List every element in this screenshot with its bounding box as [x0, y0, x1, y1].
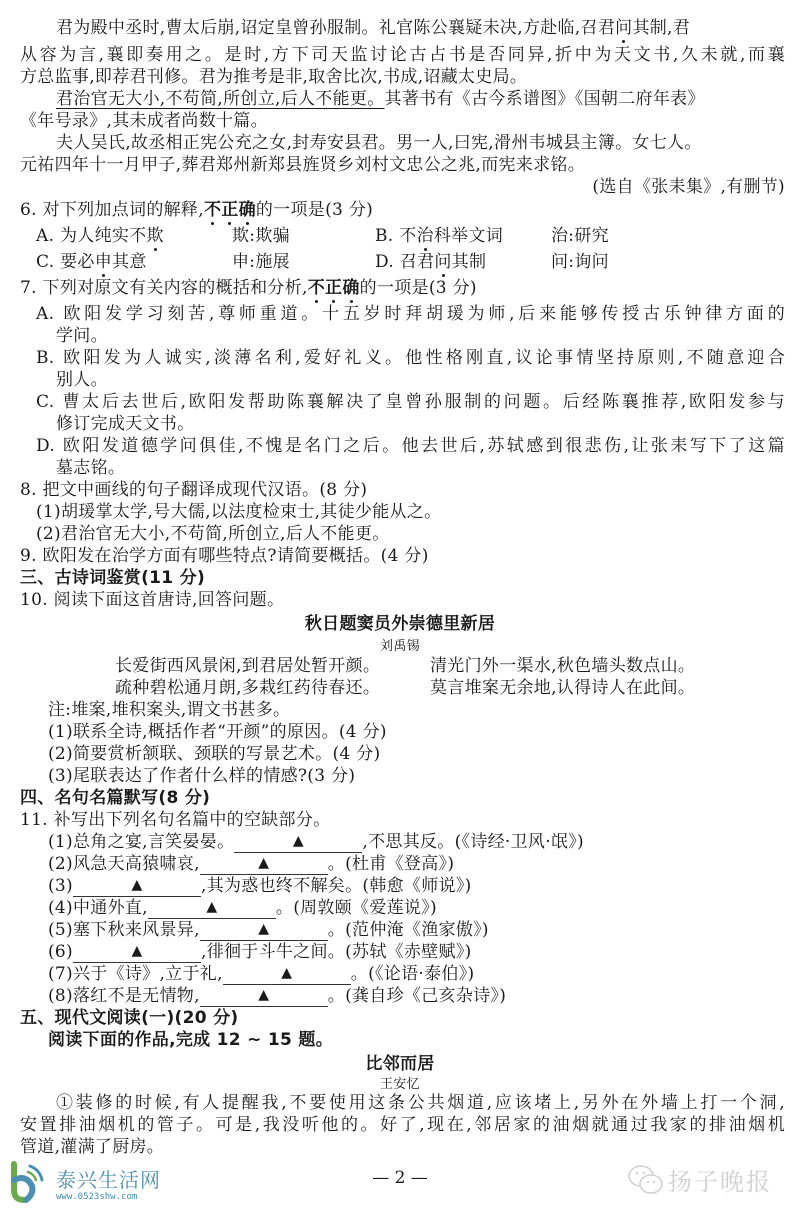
q10-item-1: (1)联系全诗,概括作者“开颜”的原因。(4 分): [48, 721, 800, 743]
q11-item-3: (3)▲,其为惑也终不解矣。(韩愈《师说》): [48, 875, 800, 897]
triangle-marker-icon: ▲: [131, 877, 142, 893]
emphasis-not-correct: 不正确: [204, 200, 256, 220]
emphasis-not-correct: 不正确: [308, 278, 360, 298]
q11-item-2: (2)风急天高猿啸哀,▲。(杜甫《登高》): [48, 853, 800, 875]
q9-stem: 9. 欧阳发在治学方面有哪些特点?请简要概括。(4 分): [20, 545, 785, 567]
q10-item-2: (2)简要赏析颔联、颈联的写景艺术。(4 分): [48, 743, 800, 765]
passage-line: 从容为言,襄即奏用之。是时,方下司天监讨论古占书是否同异,折中为天文书,久未就,…: [20, 44, 785, 66]
poem-line: 清光门外一渠水,秋色墙头数点山。: [430, 655, 800, 677]
triangle-marker-icon: ▲: [258, 921, 269, 937]
passage-line: 君治官无大小,不苟简,所创立,后人不能更。其著书有《古今系谱图》《国朝二府年表》: [56, 88, 785, 110]
passage-line: 元祐四年十一月甲子,葬君郑州新郑县旌贤乡刘村文忠公之兆,而宪来求铭。: [20, 154, 785, 176]
passage-line: 《年号录》,其未成者尚数十篇。: [20, 110, 785, 132]
section-4-heading: 四、名句名篇默写(8 分): [20, 787, 785, 809]
answer-blank[interactable]: ▲: [200, 920, 328, 941]
q11-item-6: (6)▲,徘徊于斗牛之间。(苏轼《赤壁赋》): [48, 941, 800, 963]
q11-item-8: (8)落红不是无情物,▲。(龚自珍《己亥杂诗》): [48, 985, 800, 1007]
triangle-marker-icon: ▲: [206, 899, 217, 915]
passage-source: (选自《张耒集》,有删节): [20, 176, 785, 198]
underlined-sentence: 君治官无大小,不苟简,所创立,后人不能更。: [56, 89, 385, 109]
triangle-marker-icon: ▲: [281, 965, 292, 981]
answer-blank[interactable]: ▲: [234, 832, 362, 853]
passage-line: 方总监事,即荐君刊修。君为推考是非,取舍比次,书成,诏藏太史局。: [20, 66, 785, 88]
q7-option-a-cont: 学问。: [56, 325, 800, 347]
section-5-instruction: 阅读下面的作品,完成 12 ~ 15 题。: [48, 1029, 800, 1051]
poem-note: 注:堆案,堆积案头,谓文书甚多。: [48, 699, 800, 721]
q7-option-a: A. 欧阳发学习刻苦,尊师重道。十五岁时拜胡瑗为师,后来能够传授古乐钟律方面的: [36, 303, 785, 325]
triangle-marker-icon: ▲: [131, 943, 142, 959]
q6-option-d: D. 召君问其制问:询问: [375, 251, 800, 273]
q11-item-4: (4)中通外直,▲。(周敦颐《爱莲说》): [48, 897, 800, 919]
answer-blank[interactable]: ▲: [200, 854, 328, 875]
watermark: 扬子晚报: [626, 1160, 796, 1200]
q11-item-5: (5)塞下秋来风景异,▲。(范仲淹《渔家傲》): [48, 919, 800, 941]
section-3-heading: 三、古诗词鉴赏(11 分): [20, 567, 785, 589]
logo-url: www.0523shw.com: [56, 1192, 137, 1202]
poem-line: 莫言堆案无余地,认得诗人在此间。: [430, 677, 800, 699]
q8-item-1: (1)胡瑗掌太学,号大儒,以法度检束士,其徒少能从之。: [36, 501, 800, 523]
q11-stem: 11. 补写出下列名句名篇中的空缺部分。: [20, 809, 785, 831]
emphasis-dotted-char: 问: [615, 18, 632, 38]
q10-item-3: (3)尾联表达了作者什么样的情感?(3 分): [48, 765, 800, 787]
passage-line: 君为殿中丞时,曹太后崩,诏定皇曾孙服制。礼官陈公襄疑未决,方赴临,召君问其制,君: [56, 17, 785, 39]
q11-item-1: (1)总角之宴,言笑晏晏。▲,不思其反。(《诗经·卫风·氓》): [48, 831, 800, 853]
q7-option-d: D. 欧阳发道德学问俱佳,不愧是名门之后。他去世后,苏轼感到很悲伤,让张耒写下了…: [36, 435, 785, 457]
q7-stem: 7. 下列对原文有关内容的概括和分析,不正确的一项是(3 分): [20, 277, 785, 299]
answer-blank[interactable]: ▲: [200, 986, 328, 1007]
section-5-heading: 五、现代文阅读(一)(20 分): [20, 1007, 785, 1029]
q7-option-c-cont: 修订完成天文书。: [56, 413, 800, 435]
triangle-marker-icon: ▲: [258, 987, 269, 1003]
answer-blank[interactable]: ▲: [223, 964, 351, 985]
story-title: 比邻而居: [0, 1053, 800, 1075]
answer-blank[interactable]: ▲: [73, 876, 201, 897]
triangle-marker-icon: ▲: [293, 833, 304, 849]
q6-option-b: B. 不治科举文词治:研究: [375, 225, 800, 247]
story-line: 安置排油烟机的管子。可是,我没听他的。好了,现在,邻居家的油烟就通过我家的排油烟…: [20, 1114, 785, 1136]
story-line: 管道,灌满了厨房。: [20, 1136, 785, 1158]
q7-option-c: C. 曹太后去世后,欧阳发帮助陈襄解决了皇曾孙服制的问题。后经陈襄推荐,欧阳发参…: [36, 391, 785, 413]
q7-option-b-cont: 别人。: [56, 369, 800, 391]
q6-stem: 6. 对下列加点词的解释,不正确的一项是(3 分): [20, 199, 785, 221]
q7-option-b: B. 欧阳发为人诚实,淡薄名利,爱好礼义。他性格刚直,议论事情坚持原则,不随意迎…: [36, 347, 785, 369]
answer-blank[interactable]: ▲: [148, 898, 276, 919]
story-line: ①装修的时候,有人提醒我,不要使用这条公共烟道,应该堵上,另外在外墙上打一个洞,: [56, 1092, 785, 1114]
passage-line: 夫人吴氏,故丞相正宪公充之女,封寿安县君。男一人,曰宪,滑州韦城县主簿。女七人。: [56, 132, 785, 154]
q8-item-2: (2)君治官无大小,不苟简,所创立,后人不能更。: [36, 523, 800, 545]
q10-stem: 10. 阅读下面这首唐诗,回答问题。: [20, 589, 785, 611]
q11-item-7: (7)兴于《诗》,立于礼,▲。(《论语·泰伯》): [48, 963, 800, 985]
q7-option-d-cont: 墓志铭。: [56, 457, 800, 479]
wechat-icon: [626, 1162, 666, 1198]
poem-title: 秋日题窦员外崇德里新居: [0, 613, 800, 635]
watermark-text: 扬子晚报: [668, 1162, 772, 1197]
q8-stem: 8. 把文中画线的句子翻译成现代汉语。(8 分): [20, 479, 785, 501]
answer-blank[interactable]: ▲: [73, 942, 201, 963]
exam-page: 君为殿中丞时,曹太后崩,诏定皇曾孙服制。礼官陈公襄疑未决,方赴临,召君问其制,君…: [0, 0, 800, 1209]
triangle-marker-icon: ▲: [258, 855, 269, 871]
